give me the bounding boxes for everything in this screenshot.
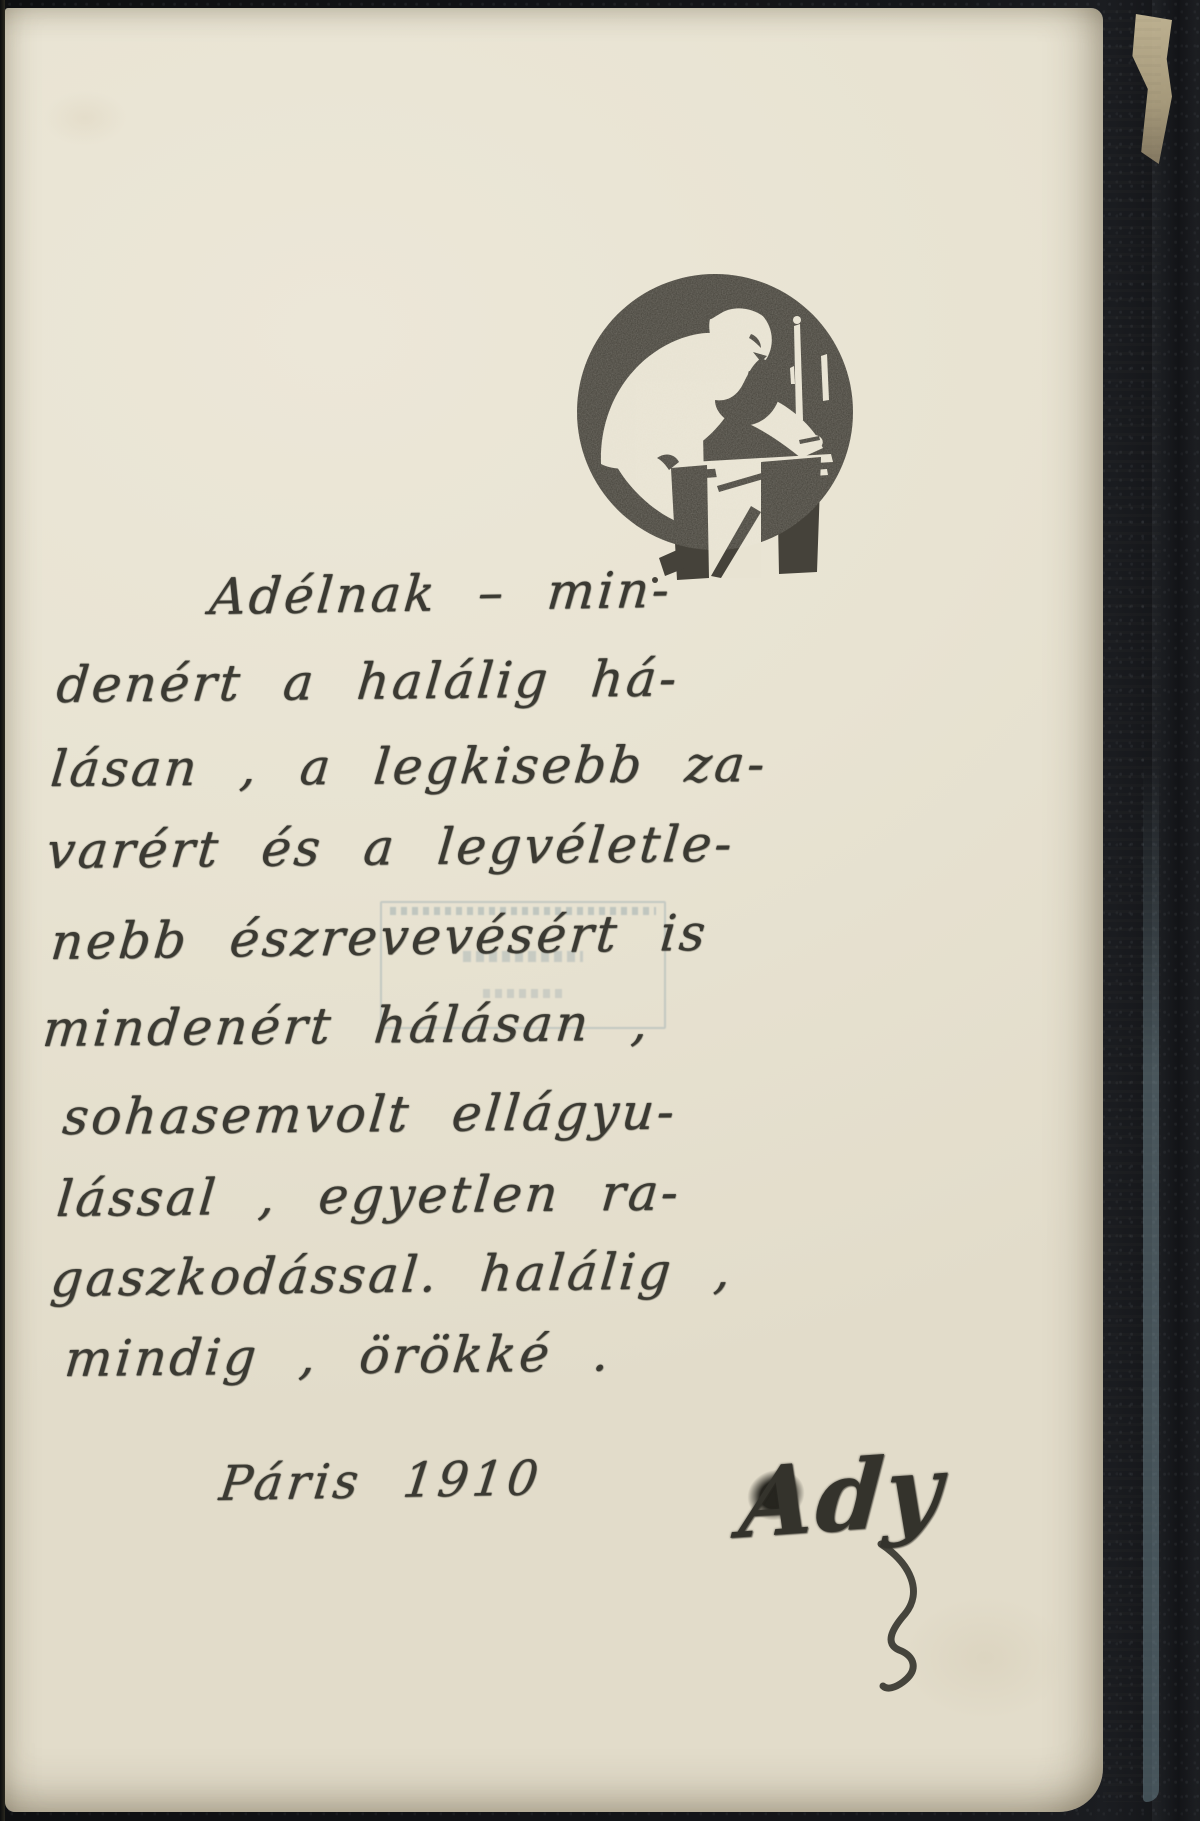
- dedication-line-5: nebb észrevevésért is: [48, 904, 710, 971]
- flyleaf-page: Adélnak – min- denért a halálig há- lása…: [5, 8, 1103, 1812]
- dedication-line-4: varért és a legvéletle-: [44, 815, 737, 880]
- page-edge-stack: [1103, 10, 1161, 1802]
- dedication-line-1: Adélnak – min-: [207, 561, 674, 626]
- signature-flourish: [853, 1540, 973, 1700]
- dedication-line-6: mindenért hálásan ,: [40, 994, 653, 1058]
- dedication-line-9: gaszkodással. halálig ,: [48, 1242, 736, 1308]
- dedication-line-8: lással , egyetlen ra-: [54, 1163, 684, 1228]
- writer-at-desk-vignette-icon: [565, 272, 865, 584]
- dedication-line-10: mindig , örökké .: [62, 1324, 614, 1388]
- dateline: Páris 1910: [217, 1450, 546, 1512]
- dedication-line-7: sohasemvolt ellágyu-: [60, 1083, 680, 1146]
- dedication-line-3: lásan , a legkisebb za-: [48, 735, 770, 798]
- dedication-line-2: denért a halálig há-: [54, 649, 682, 714]
